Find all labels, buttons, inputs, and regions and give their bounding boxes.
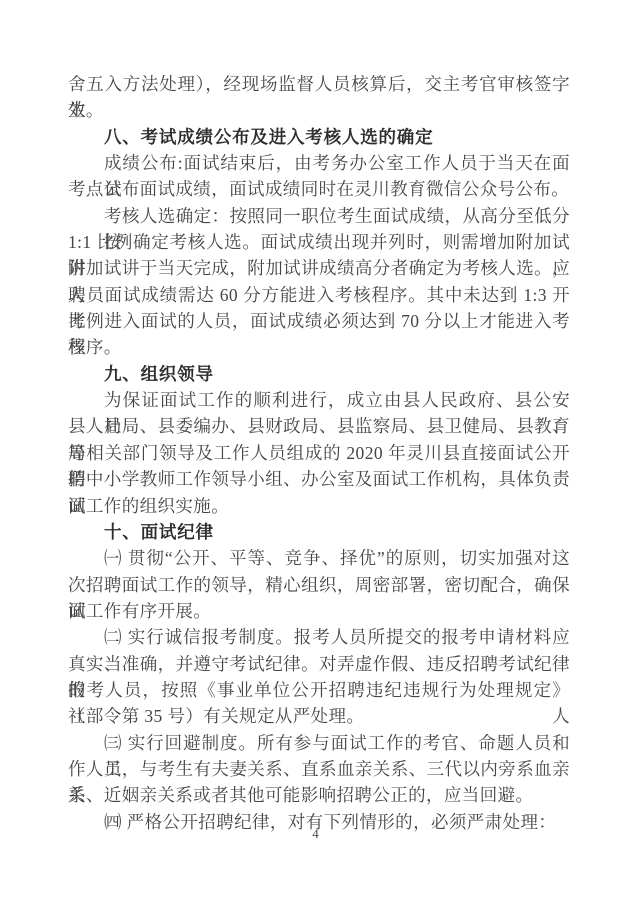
body-line: ㈢ 实行回避制度。所有参与面试工作的考官、命题人员和工 bbox=[68, 730, 570, 756]
body-line: 1:1 比例确定考核人选。面试成绩出现并列时，则需增加附加试讲， bbox=[68, 229, 570, 255]
body-line: 真实、准确，并遵守考试纪律。对弄虚作假、违反招聘考试纪律的 bbox=[68, 651, 570, 677]
body-line: 舍五入方法处理），经现场监督人员核算后，交主考官审核签字生 bbox=[68, 71, 570, 97]
body-line: 系、近姻亲关系或者其他可能影响招聘公正的，应当回避。 bbox=[68, 782, 570, 808]
body-line: 效。 bbox=[68, 97, 570, 123]
body-line: 县人社局、县委编办、县财政局、县监察局、县卫健局、县教育局 bbox=[68, 413, 570, 439]
section-8-heading: 八、考试成绩公布及进入考核人选的确定 bbox=[68, 124, 570, 150]
section-9-heading: 九、组织领导 bbox=[68, 361, 570, 387]
body-line: 次招聘面试工作的领导，精心组织，周密部署，密切配合，确保面 bbox=[68, 572, 570, 598]
document-page: 舍五入方法处理），经现场监督人员核算后，交主考官审核签字生 效。 八、考试成绩公… bbox=[0, 0, 631, 900]
section-10-heading: 十、面试纪律 bbox=[68, 519, 570, 545]
body-line: 人员面试成绩需达 60 分方能进入考核程序。其中未达到 1:3 开考 bbox=[68, 282, 570, 308]
body-line: 程序。 bbox=[68, 334, 570, 360]
body-line: 考点公布面试成绩，面试成绩同时在灵川教育微信公众号公布。 bbox=[68, 176, 570, 202]
body-line: 等相关部门领导及工作人员组成的 2020 年灵川县直接面试公开招 bbox=[68, 440, 570, 466]
body-line: 报考人员，按照《事业单位公开招聘违纪违规行为处理规定》（人 bbox=[68, 677, 570, 703]
page-number: 4 bbox=[0, 826, 631, 842]
body-line: 试工作的组织实施。 bbox=[68, 493, 570, 519]
body-line: 试工作有序开展。 bbox=[68, 598, 570, 624]
document-text-block: 舍五入方法处理），经现场监督人员核算后，交主考官审核签字生 效。 八、考试成绩公… bbox=[68, 71, 570, 835]
body-line: 考核人选确定：按照同一职位考生面试成绩，从高分至低分按 bbox=[68, 203, 570, 229]
body-line: 作人员，与考生有夫妻关系、直系血亲关系、三代以内旁系血亲关 bbox=[68, 756, 570, 782]
body-line: 附加试讲于当天完成，附加试讲成绩高分者确定为考核人选。应聘 bbox=[68, 255, 570, 281]
body-line: 比例进入面试的人员，面试成绩必须达到 70 分以上才能进入考核 bbox=[68, 308, 570, 334]
body-line: ㈠ 贯彻“公开、平等、竞争、择优”的原则，切实加强对这 bbox=[68, 545, 570, 571]
body-line: 聘中小学教师工作领导小组、办公室及面试工作机构，具体负责面 bbox=[68, 466, 570, 492]
body-line: ㈡ 实行诚信报考制度。报考人员所提交的报考申请材料应当 bbox=[68, 624, 570, 650]
body-line: 成绩公布:面试结束后，由考务办公室工作人员于当天在面试 bbox=[68, 150, 570, 176]
body-line: 为保证面试工作的顺利进行，成立由县人民政府、县公安局、 bbox=[68, 387, 570, 413]
